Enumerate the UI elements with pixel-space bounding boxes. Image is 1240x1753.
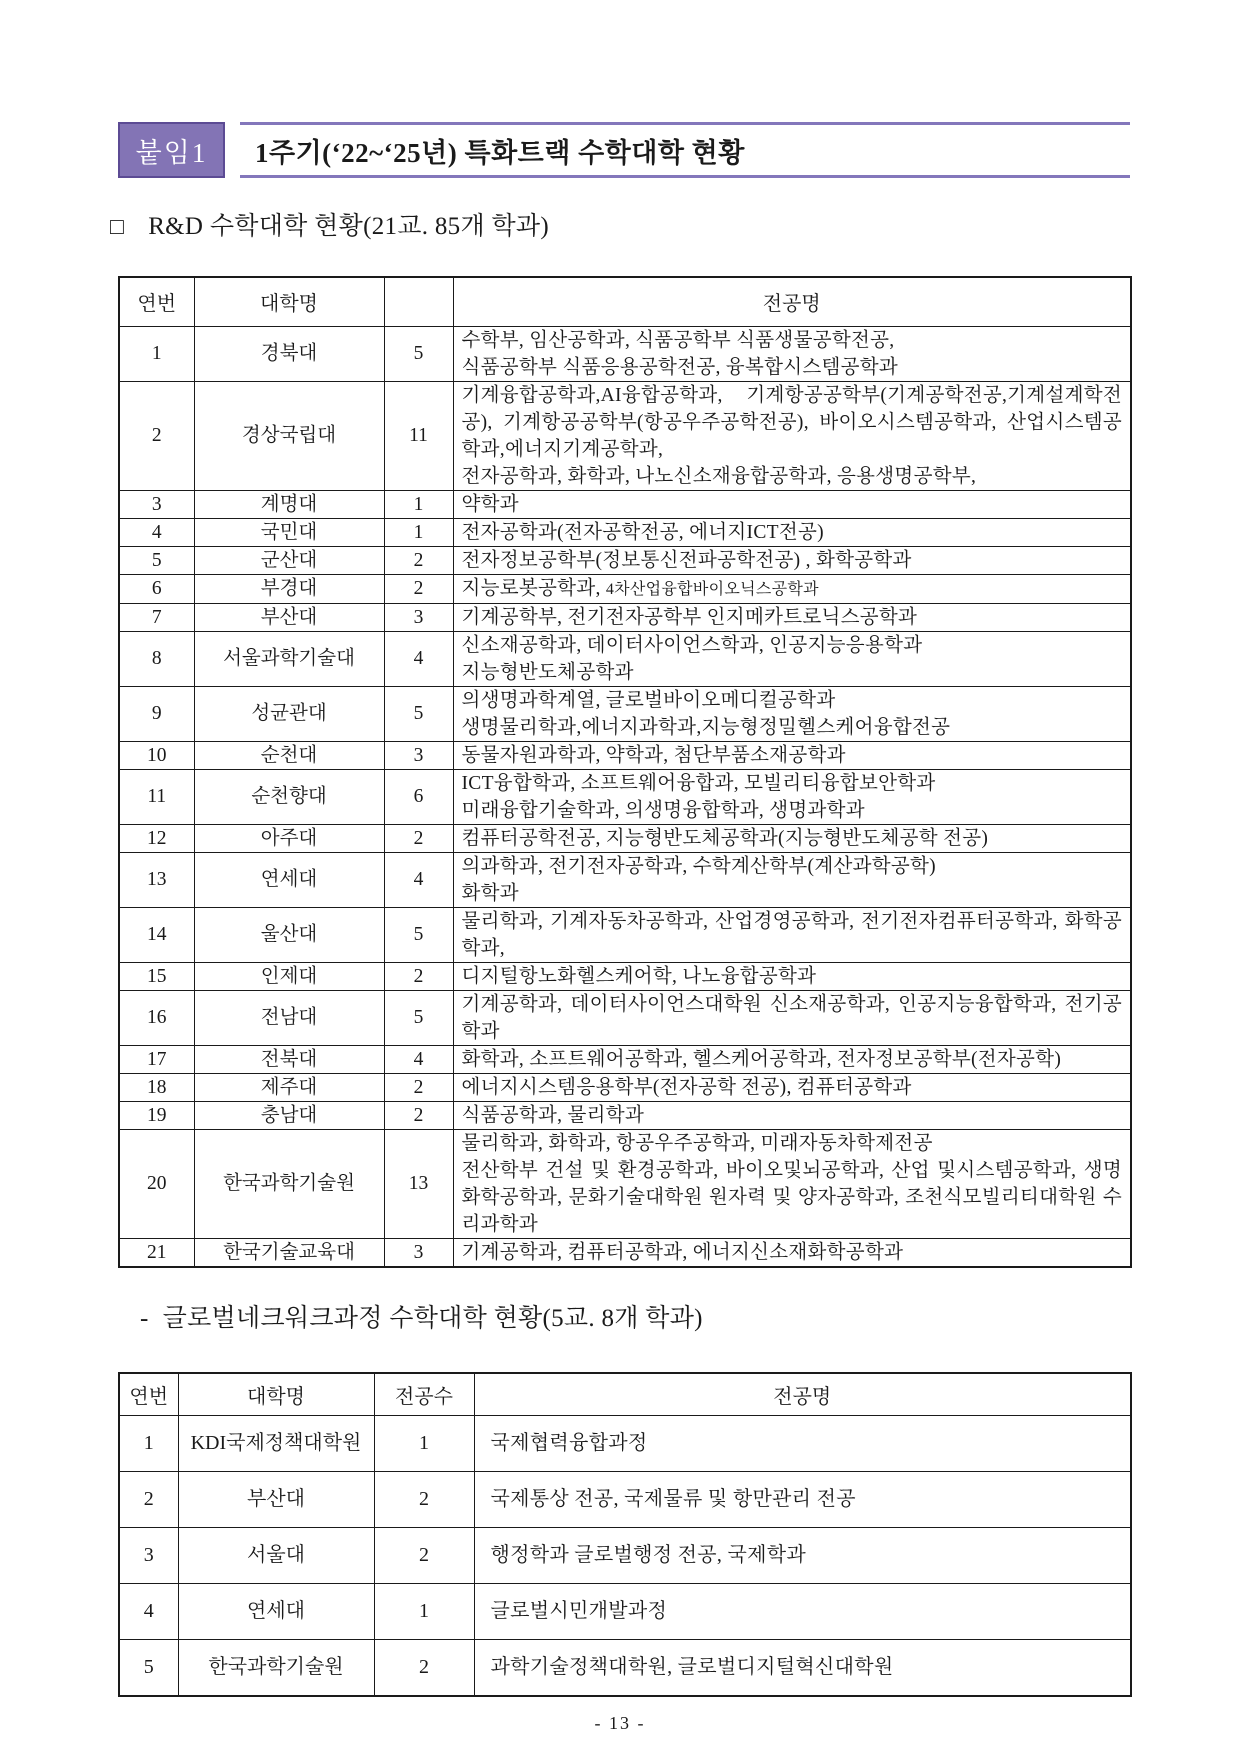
major-list: 동물자원과학과, 약학과, 첨단부품소재공학과: [453, 741, 1131, 769]
university-name: 전북대: [194, 1045, 384, 1073]
row-number: 14: [119, 907, 194, 962]
university-name: 부경대: [194, 574, 384, 603]
major-list: 수학부, 임산공학과, 식품공학부 식품생물공학전공, 식품공학부 식품응용공학…: [453, 326, 1131, 381]
major-count: 2: [384, 1073, 453, 1101]
row-number: 21: [119, 1238, 194, 1267]
attachment-header: 붙임1 1주기(‘22~‘25년) 특화트랙 수학대학 현황: [118, 122, 1130, 178]
major-count: 4: [384, 1045, 453, 1073]
row-number: 4: [119, 1584, 178, 1640]
column-header: 전공명: [453, 277, 1131, 326]
major-list-text: 전자정보공학부(정보통신전파공학전공) , 화학공학과: [462, 550, 912, 571]
attachment-badge: 붙임1: [118, 122, 225, 178]
table-row: 3계명대1약학과: [119, 490, 1131, 518]
table-row: 1KDI국제정책대학원1국제협력융합과정: [119, 1416, 1131, 1472]
row-number: 10: [119, 741, 194, 769]
table-row: 17전북대4화학과, 소프트웨어공학과, 헬스케어공학과, 전자정보공학부(전자…: [119, 1045, 1131, 1073]
column-header: [384, 277, 453, 326]
major-list: 식품공학과, 물리학과: [453, 1101, 1131, 1129]
university-name: 국민대: [194, 518, 384, 546]
university-name: 순천대: [194, 741, 384, 769]
university-name: 경상국립대: [194, 381, 384, 490]
university-name: 성균관대: [194, 686, 384, 741]
dash-bullet-icon: -: [140, 1305, 149, 1333]
row-number: 5: [119, 546, 194, 574]
university-name: 인제대: [194, 962, 384, 990]
university-name: 연세대: [178, 1584, 374, 1640]
major-count: 2: [384, 574, 453, 603]
major-count: 3: [384, 1238, 453, 1267]
row-number: 2: [119, 1472, 178, 1528]
major-list-text: 지능로봇공학과,: [462, 578, 606, 599]
university-name: 서울대: [178, 1528, 374, 1584]
major-list-text: 수학부, 임산공학과, 식품공학부 식품생물공학전공, 식품공학부 식품응용공학…: [462, 330, 899, 378]
university-name: 부산대: [178, 1472, 374, 1528]
global-section-title: 글로벌네크워크과정 수학대학 현황(5교. 8개 학과): [163, 1298, 703, 1334]
table-row: 12아주대2컴퓨터공학전공, 지능형반도체공학과(지능형반도체공학 전공): [119, 824, 1131, 852]
table-row: 16전남대5기계공학과, 데이터사이언스대학원 신소재공학과, 인공지능융합학과…: [119, 990, 1131, 1045]
row-number: 6: [119, 574, 194, 603]
major-count: 1: [384, 518, 453, 546]
major-list: 지능로봇공학과, 4차산업융합바이오닉스공학과: [453, 574, 1131, 603]
major-list: 약학과: [453, 490, 1131, 518]
column-header: 연번: [119, 277, 194, 326]
table-row: 5한국과학기술원2과학기술정책대학원, 글로벌디지털혁신대학원: [119, 1640, 1131, 1697]
major-count: 2: [374, 1528, 474, 1584]
row-number: 2: [119, 381, 194, 490]
major-count: 4: [384, 631, 453, 686]
global-network-table: 연번대학명전공수전공명 1KDI국제정책대학원1국제협력융합과정2부산대2국제통…: [118, 1372, 1132, 1698]
major-count: 1: [374, 1584, 474, 1640]
university-name: 전남대: [194, 990, 384, 1045]
table-row: 8서울과학기술대4신소재공학과, 데이터사이언스학과, 인공지능응용학과 지능형…: [119, 631, 1131, 686]
major-list-text: 물리학과, 화학과, 항공우주공학과, 미래자동차학제전공 전산학부 건설 및 …: [462, 1133, 1123, 1235]
university-name: 경북대: [194, 326, 384, 381]
table-row: 10순천대3동물자원과학과, 약학과, 첨단부품소재공학과: [119, 741, 1131, 769]
table-row: 19충남대2식품공학과, 물리학과: [119, 1101, 1131, 1129]
column-header: 대학명: [178, 1373, 374, 1416]
row-number: 5: [119, 1640, 178, 1697]
university-name: 아주대: [194, 824, 384, 852]
row-number: 17: [119, 1045, 194, 1073]
major-list: 물리학과, 화학과, 항공우주공학과, 미래자동차학제전공 전산학부 건설 및 …: [453, 1129, 1131, 1238]
table-row: 11순천향대6ICT융합학과, 소프트웨어융합과, 모빌리티융합보안학과 미래융…: [119, 769, 1131, 824]
major-list-text: 식품공학과, 물리학과: [462, 1105, 645, 1126]
major-list-text: 국제통상 전공, 국제물류 및 항만관리 전공: [491, 1488, 856, 1510]
row-number: 11: [119, 769, 194, 824]
table-row: 5군산대2전자정보공학부(정보통신전파공학전공) , 화학공학과: [119, 546, 1131, 574]
column-header: 대학명: [194, 277, 384, 326]
table-row: 2부산대2국제통상 전공, 국제물류 및 항만관리 전공: [119, 1472, 1131, 1528]
major-list: 에너지시스템응용학부(전자공학 전공), 컴퓨터공학과: [453, 1073, 1131, 1101]
table-row: 3서울대2행정학과 글로벌행정 전공, 국제학과: [119, 1528, 1131, 1584]
major-list-text-small: 4차산업융합바이오닉스공학과: [606, 581, 819, 598]
table-row: 6부경대2지능로봇공학과, 4차산업융합바이오닉스공학과: [119, 574, 1131, 603]
table-row: 18제주대2에너지시스템응용학부(전자공학 전공), 컴퓨터공학과: [119, 1073, 1131, 1101]
table-row: 4국민대1전자공학과(전자공학전공, 에너지ICT전공): [119, 518, 1131, 546]
table-row: 14울산대5물리학과, 기계자동차공학과, 산업경영공학과, 전기전자컴퓨터공학…: [119, 907, 1131, 962]
table-row: 20한국과학기술원13물리학과, 화학과, 항공우주공학과, 미래자동차학제전공…: [119, 1129, 1131, 1238]
university-name: 제주대: [194, 1073, 384, 1101]
major-count: 1: [374, 1416, 474, 1472]
major-count: 2: [384, 1101, 453, 1129]
major-list-text: 국제협력융합과정: [491, 1432, 648, 1454]
major-count: 3: [384, 603, 453, 631]
row-number: 9: [119, 686, 194, 741]
table-row: 7부산대3기계공학부, 전기전자공학부 인지메카트로닉스공학과: [119, 603, 1131, 631]
university-name: 한국과학기술원: [194, 1129, 384, 1238]
major-list: ICT융합학과, 소프트웨어융합과, 모빌리티융합보안학과 미래융합기술학과, …: [453, 769, 1131, 824]
university-name: 충남대: [194, 1101, 384, 1129]
major-list: 과학기술정책대학원, 글로벌디지털혁신대학원: [474, 1640, 1131, 1697]
university-name: 한국기술교육대: [194, 1238, 384, 1267]
major-list-text: 디지털항노화헬스케어학, 나노융합공학과: [462, 966, 817, 987]
major-count: 13: [384, 1129, 453, 1238]
university-name: 계명대: [194, 490, 384, 518]
university-name: 서울과학기술대: [194, 631, 384, 686]
table-header-row: 연번대학명전공수전공명: [119, 1373, 1131, 1416]
document-page: 붙임1 1주기(‘22~‘25년) 특화트랙 수학대학 현황 □ R&D 수학대…: [0, 0, 1240, 1753]
row-number: 3: [119, 1528, 178, 1584]
major-count: 3: [384, 741, 453, 769]
major-list: 기계공학부, 전기전자공학부 인지메카트로닉스공학과: [453, 603, 1131, 631]
university-name: 부산대: [194, 603, 384, 631]
row-number: 19: [119, 1101, 194, 1129]
major-list-text: 기계공학과, 컴퓨터공학과, 에너지신소재화학공학과: [462, 1242, 904, 1263]
major-count: 4: [384, 852, 453, 907]
row-number: 12: [119, 824, 194, 852]
table-row: 1경북대5수학부, 임산공학과, 식품공학부 식품생물공학전공, 식품공학부 식…: [119, 326, 1131, 381]
table-header-row: 연번대학명전공명: [119, 277, 1131, 326]
major-list: 행정학과 글로벌행정 전공, 국제학과: [474, 1528, 1131, 1584]
major-list-text: 과학기술정책대학원, 글로벌디지털혁신대학원: [491, 1656, 894, 1678]
major-list: 화학과, 소프트웨어공학과, 헬스케어공학과, 전자정보공학부(전자공학): [453, 1045, 1131, 1073]
major-list-text: 에너지시스템응용학부(전자공학 전공), 컴퓨터공학과: [462, 1077, 912, 1098]
global-section-heading: - 글로벌네크워크과정 수학대학 현황(5교. 8개 학과): [110, 1298, 1130, 1334]
row-number: 15: [119, 962, 194, 990]
university-name: 울산대: [194, 907, 384, 962]
major-list-text: 컴퓨터공학전공, 지능형반도체공학과(지능형반도체공학 전공): [462, 828, 989, 849]
major-list: 물리학과, 기계자동차공학과, 산업경영공학과, 전기전자컴퓨터공학과, 화학공…: [453, 907, 1131, 962]
major-list: 국제통상 전공, 국제물류 및 항만관리 전공: [474, 1472, 1131, 1528]
university-name: 한국과학기술원: [178, 1640, 374, 1697]
table-row: 13연세대4의과학과, 전기전자공학과, 수학계산학부(계산과학공학) 화학과: [119, 852, 1131, 907]
major-list-text: 약학과: [462, 494, 519, 515]
rnd-universities-table: 연번대학명전공명 1경북대5수학부, 임산공학과, 식품공학부 식품생물공학전공…: [118, 276, 1132, 1268]
major-list: 기계공학과, 컴퓨터공학과, 에너지신소재화학공학과: [453, 1238, 1131, 1267]
major-count: 5: [384, 686, 453, 741]
document-title: 1주기(‘22~‘25년) 특화트랙 수학대학 현황: [255, 131, 745, 170]
major-list: 컴퓨터공학전공, 지능형반도체공학과(지능형반도체공학 전공): [453, 824, 1131, 852]
major-list-text: 화학과, 소프트웨어공학과, 헬스케어공학과, 전자정보공학부(전자공학): [462, 1049, 1062, 1070]
major-count: 5: [384, 990, 453, 1045]
row-number: 20: [119, 1129, 194, 1238]
row-number: 13: [119, 852, 194, 907]
major-list-text: 의과학과, 전기전자공학과, 수학계산학부(계산과학공학) 화학과: [462, 856, 936, 904]
major-count: 5: [384, 907, 453, 962]
major-list-text: ICT융합학과, 소프트웨어융합과, 모빌리티융합보안학과 미래융합기술학과, …: [462, 773, 936, 821]
major-count: 2: [374, 1472, 474, 1528]
row-number: 18: [119, 1073, 194, 1101]
row-number: 7: [119, 603, 194, 631]
title-rule-box: 1주기(‘22~‘25년) 특화트랙 수학대학 현황: [240, 122, 1130, 178]
table-row: 15인제대2디지털항노화헬스케어학, 나노융합공학과: [119, 962, 1131, 990]
major-list: 전자정보공학부(정보통신전파공학전공) , 화학공학과: [453, 546, 1131, 574]
column-header: 전공명: [474, 1373, 1131, 1416]
major-list-text: 신소재공학과, 데이터사이언스학과, 인공지능응용학과 지능형반도체공학과: [462, 635, 923, 683]
column-header: 전공수: [374, 1373, 474, 1416]
table-row: 4연세대1글로벌시민개발과정: [119, 1584, 1131, 1640]
table-row: 21한국기술교육대3기계공학과, 컴퓨터공학과, 에너지신소재화학공학과: [119, 1238, 1131, 1267]
square-bullet-icon: □: [110, 214, 124, 240]
major-list-text: 기계공학부, 전기전자공학부 인지메카트로닉스공학과: [462, 607, 918, 628]
major-list-text: 동물자원과학과, 약학과, 첨단부품소재공학과: [462, 745, 846, 766]
major-count: 5: [384, 326, 453, 381]
major-list: 의과학과, 전기전자공학과, 수학계산학부(계산과학공학) 화학과: [453, 852, 1131, 907]
major-list: 기계공학과, 데이터사이언스대학원 신소재공학과, 인공지능융합학과, 전기공학…: [453, 990, 1131, 1045]
page-number: - 13 -: [110, 1713, 1130, 1734]
university-name: KDI국제정책대학원: [178, 1416, 374, 1472]
major-list-text: 전자공학과(전자공학전공, 에너지ICT전공): [462, 522, 824, 543]
major-count: 2: [374, 1640, 474, 1697]
major-list-text: 물리학과, 기계자동차공학과, 산업경영공학과, 전기전자컴퓨터공학과, 화학공…: [462, 911, 1123, 959]
table-row: 9성균관대5의생명과학계열, 글로벌바이오메디컬공학과 생명물리학과,에너지과학…: [119, 686, 1131, 741]
university-name: 순천향대: [194, 769, 384, 824]
major-list-text: 글로벌시민개발과정: [491, 1600, 668, 1622]
row-number: 4: [119, 518, 194, 546]
column-header: 연번: [119, 1373, 178, 1416]
row-number: 8: [119, 631, 194, 686]
major-list: 기계융합공학과,AI융합공학과, 기계항공공학부(기계공학전공,기계설계학전공)…: [453, 381, 1131, 490]
major-count: 2: [384, 546, 453, 574]
major-list: 전자공학과(전자공학전공, 에너지ICT전공): [453, 518, 1131, 546]
major-count: 2: [384, 962, 453, 990]
major-list-text: 기계공학과, 데이터사이언스대학원 신소재공학과, 인공지능융합학과, 전기공학…: [462, 994, 1123, 1042]
major-count: 1: [384, 490, 453, 518]
table-row: 2경상국립대11기계융합공학과,AI융합공학과, 기계항공공학부(기계공학전공,…: [119, 381, 1131, 490]
row-number: 16: [119, 990, 194, 1045]
rnd-section-title: R&D 수학대학 현황(21교. 85개 학과): [148, 206, 549, 242]
major-list: 신소재공학과, 데이터사이언스학과, 인공지능응용학과 지능형반도체공학과: [453, 631, 1131, 686]
university-name: 군산대: [194, 546, 384, 574]
major-list-text: 의생명과학계열, 글로벌바이오메디컬공학과 생명물리학과,에너지과학과,지능형정…: [462, 690, 951, 738]
major-count: 6: [384, 769, 453, 824]
major-list: 디지털항노화헬스케어학, 나노융합공학과: [453, 962, 1131, 990]
rnd-section-heading: □ R&D 수학대학 현황(21교. 85개 학과): [110, 206, 1130, 242]
university-name: 연세대: [194, 852, 384, 907]
row-number: 3: [119, 490, 194, 518]
major-count: 11: [384, 381, 453, 490]
row-number: 1: [119, 1416, 178, 1472]
major-list: 의생명과학계열, 글로벌바이오메디컬공학과 생명물리학과,에너지과학과,지능형정…: [453, 686, 1131, 741]
major-list-text: 기계융합공학과,AI융합공학과, 기계항공공학부(기계공학전공,기계설계학전공)…: [462, 385, 1123, 487]
row-number: 1: [119, 326, 194, 381]
major-list: 글로벌시민개발과정: [474, 1584, 1131, 1640]
major-count: 2: [384, 824, 453, 852]
major-list-text: 행정학과 글로벌행정 전공, 국제학과: [491, 1544, 807, 1566]
major-list: 국제협력융합과정: [474, 1416, 1131, 1472]
